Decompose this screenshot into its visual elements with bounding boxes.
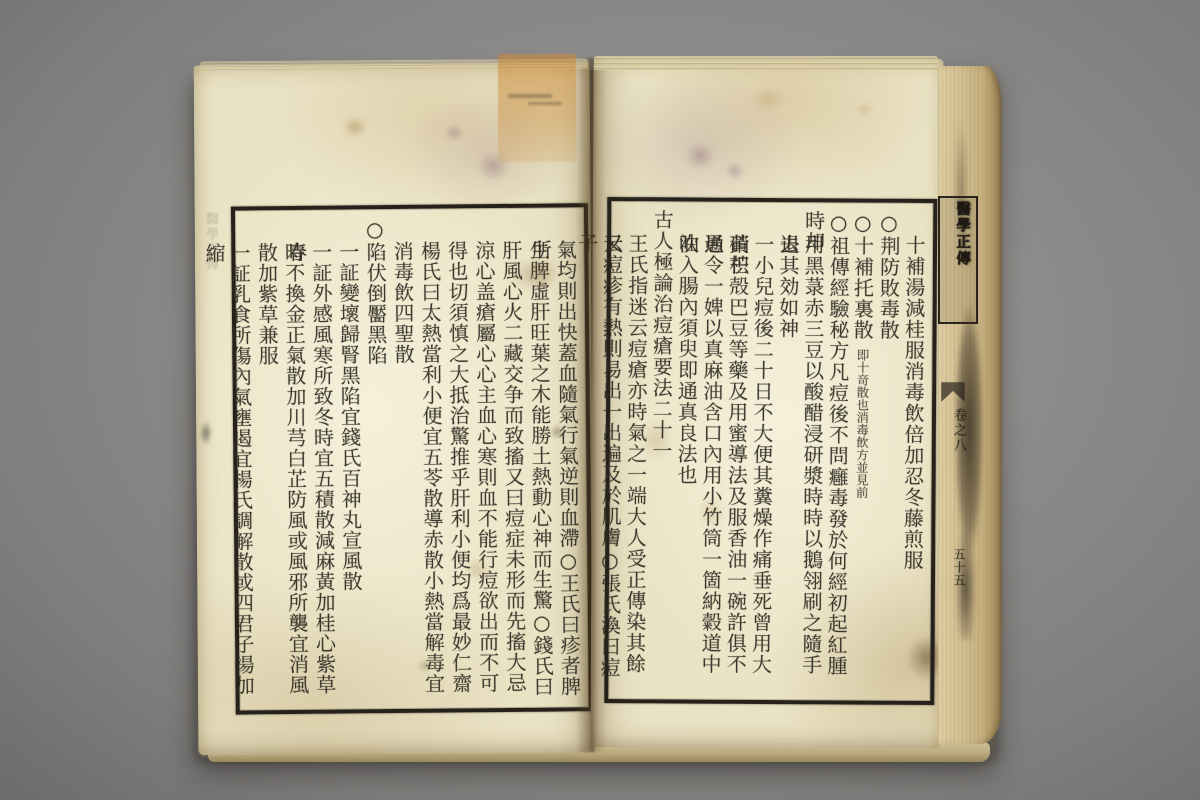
text-column: 一小兒痘後二十日不大便其糞燥作痛垂死曾用大黃芒 xyxy=(747,208,775,694)
text-column: 十補湯減桂服消毒飲倍加忍冬藤煎服 xyxy=(898,209,926,695)
tape-sticker xyxy=(498,54,576,162)
text-column: 一証變壞歸腎黑陷宜錢氏百神丸宣風散 xyxy=(332,215,364,703)
banxin-volume-label: 卷之八 xyxy=(938,408,970,488)
inline-annotation: 即十竒散也消毒飲方並見前 xyxy=(854,349,870,499)
text-column: 得也切須慎之大抵治驚推乎肝利小便均爲最妙仁齋 xyxy=(441,214,473,702)
text-column: 愚令一婢以真麻油含口內用小竹筒一箇納糓道中吹 xyxy=(697,208,725,694)
remedy-entry-column: ○祖傳經驗秘方凡痘後不問癰毒發於何經初起紅腫時却 xyxy=(823,208,851,694)
paper-stain xyxy=(444,124,464,142)
right-text-block: 十補湯減桂服消毒飲倍加忍冬藤煎服 ○荆防敗毒散 ○十補托裏散即十竒散也消毒飲方並… xyxy=(613,207,926,695)
section-heading-column: ○陷伏倒靨黑陷 xyxy=(360,215,392,703)
text-column: 油入腸內須臾即通真良法也 xyxy=(671,207,699,693)
text-column: 時不換金正氣散加川芎白芷防風或風邪所襲宜消風 xyxy=(278,216,310,704)
text-column: 一証外感風寒所致冬時宜五積散減麻黃加桂心紫草春 xyxy=(305,216,337,704)
text-column: 涼心盖瘡屬心心主血心寒則血不能行痘欲出而不可 xyxy=(468,214,500,702)
remedy-name: ○十補托裏散 xyxy=(850,211,875,341)
left-fold-ink-smudge xyxy=(198,416,214,450)
text-column: 一証乳食所傷內氣壅遏宜楊氏調解散或四君子湯加縮 xyxy=(224,216,256,704)
photo-canvas: { "photo": { "background_color": "#8e8c8… xyxy=(0,0,1200,800)
banxin-book-title: 醫學正傳 xyxy=(938,196,978,324)
center-gutter-shadow xyxy=(576,58,606,752)
sticker-marking xyxy=(528,102,562,105)
text-column: 楊氏曰太熱當利小便宜五苓散導赤散小熱當解毒宜 xyxy=(414,215,446,703)
paper-stain xyxy=(500,250,564,300)
left-page: 氣均則出快蓋血隨氣行氣逆則血滯○王氏曰疹者脾所 生脾虛肝旺葉之木能勝土熱動心神而… xyxy=(194,63,595,756)
text-column: 用黑菉赤三豆以酸醋浸研漿時時以鵝翎刷之隨手退 xyxy=(797,208,825,694)
right-page: 十補湯減桂服消毒飲倍加忍冬藤煎服 ○荆防敗毒散 ○十補托裏散即十竒散也消毒飲方並… xyxy=(590,57,943,749)
paper-stain xyxy=(751,86,785,112)
paper-stain xyxy=(725,162,745,180)
paper-stain xyxy=(342,116,368,138)
paper-stain xyxy=(855,102,873,116)
right-page-top-edges xyxy=(594,56,938,70)
section-heading-column: 古人極論治痘瘡要法二十一 xyxy=(646,207,674,693)
text-column: 散加紫草兼服 xyxy=(251,216,283,704)
banxin-page-number: 五十五 xyxy=(938,548,970,618)
remedy-entry-column: ○荆防敗毒散 xyxy=(873,209,901,695)
sticker-marking xyxy=(508,94,552,98)
right-text-frame: 十補湯減桂服消毒飲倍加忍冬藤煎服 ○荆防敗毒散 ○十補托裏散即十竒散也消毒飲方並… xyxy=(604,197,937,705)
paper-stain xyxy=(685,142,715,170)
remedy-entry-column: ○十補托裏散即十竒散也消毒飲方並見前 xyxy=(848,209,876,695)
left-fold-faint-title: 醫學正傳 xyxy=(198,212,220,332)
text-column: 消毒飲四聖散 xyxy=(387,215,419,703)
text-column: 王氏指迷云痘瘡亦時氣之一端大人受正傳染其餘又 xyxy=(621,207,649,693)
text-column: 硝枳殻巴豆等藥及用蜜導法及服香油一碗許俱不通 xyxy=(722,208,750,694)
text-column: 去其効如神 xyxy=(772,208,800,694)
